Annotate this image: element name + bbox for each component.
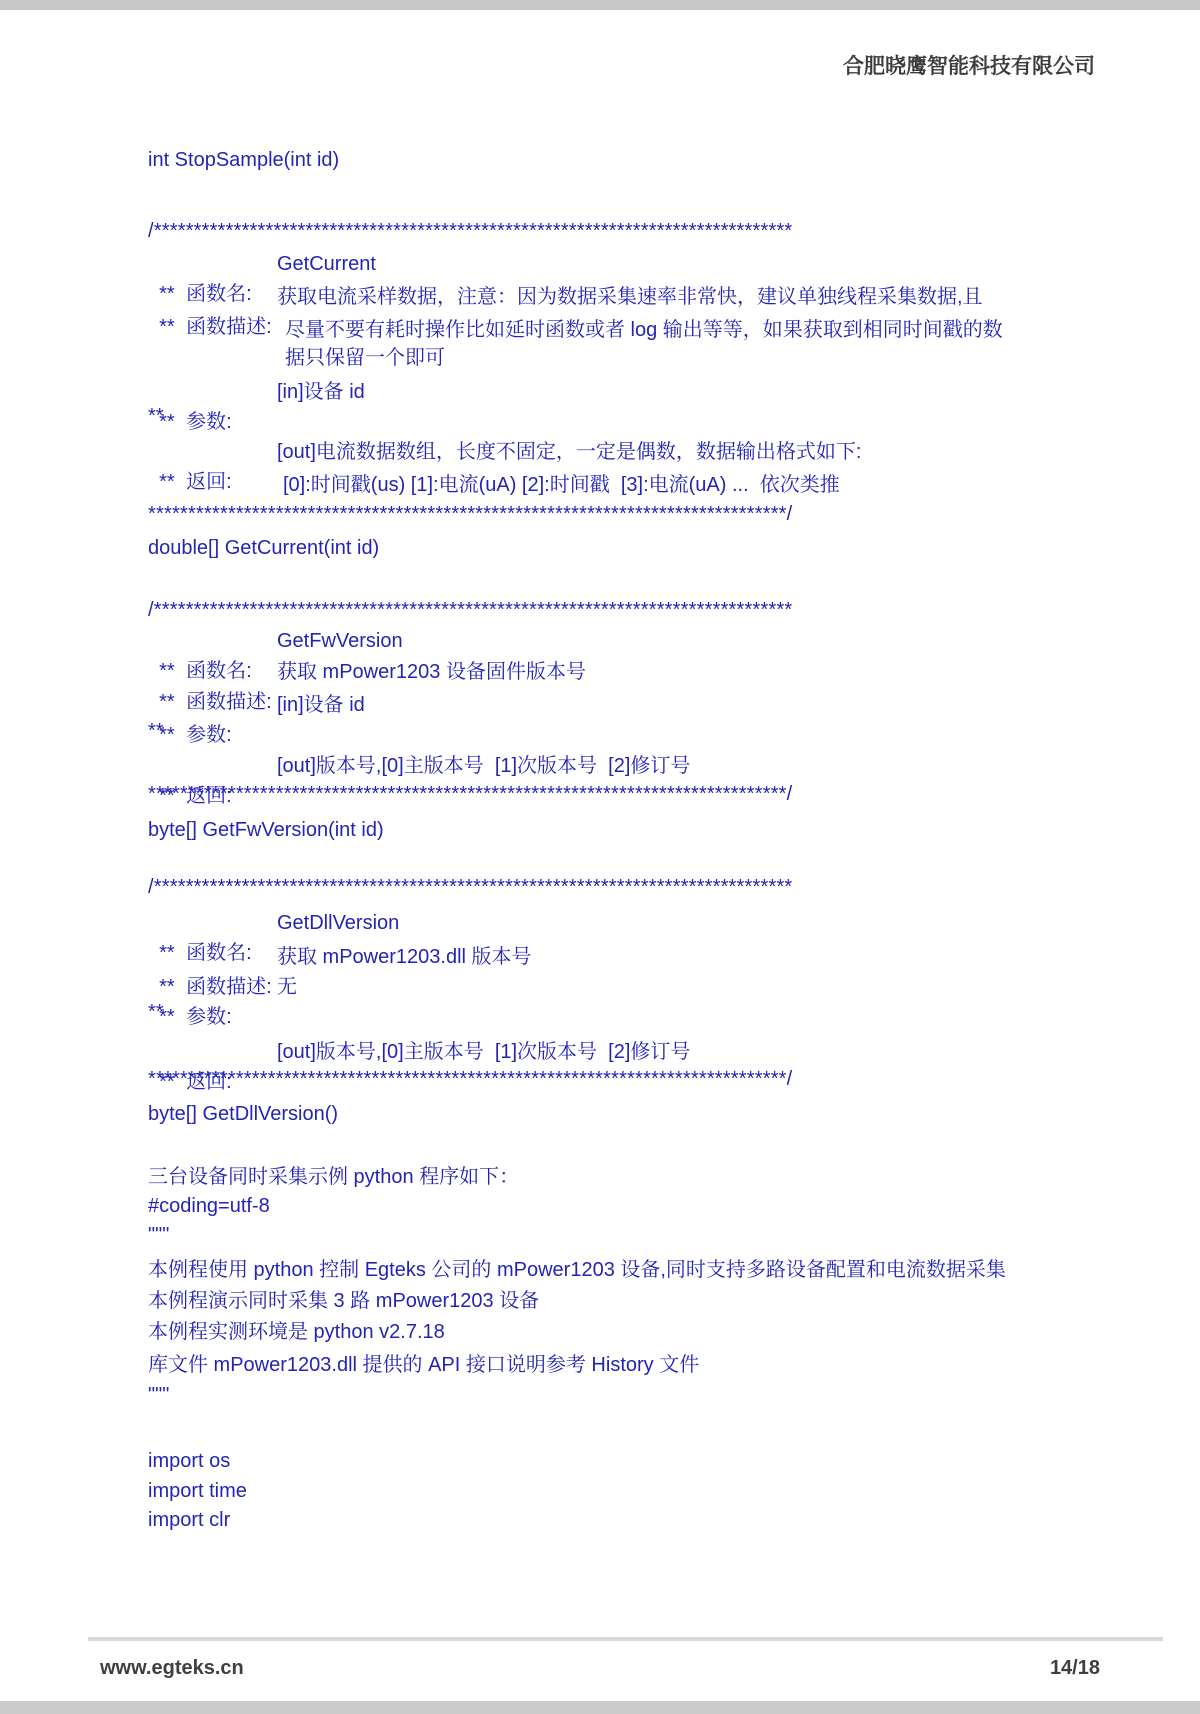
company-name: 合肥晓鹰智能科技有限公司 xyxy=(843,54,1095,80)
function-name: GetCurrent xyxy=(277,249,376,279)
function-desc-row: **函数描述: 获取电流采样数据，注意：因为数据采集速率非常快，建议单独线程采集… xyxy=(148,282,272,372)
code-signature-getfwversion: byte[] GetFwVersion(int id) xyxy=(148,815,384,845)
function-desc-continuation: 尽量不要有耗时操作比如延时函数或者 log 输出等等，如果获取到相同时间戳的数 xyxy=(285,315,1003,345)
document-page: { "header": { "company_name": "合肥晓鹰智能科技有… xyxy=(0,0,1200,1714)
comment-star-line: ** xyxy=(148,997,164,1027)
comment-open: /***************************************… xyxy=(148,216,792,246)
comment-star: ** xyxy=(159,467,186,497)
comment-open: /***************************************… xyxy=(148,872,792,902)
footer-divider xyxy=(88,1637,1163,1641)
example-coding-line: #coding=utf-8 xyxy=(148,1191,270,1221)
field-label: 参数: xyxy=(186,724,232,746)
footer-website: www.egteks.cn xyxy=(100,1654,244,1682)
comment-open: /***************************************… xyxy=(148,595,792,625)
bottom-gray-bar xyxy=(0,1701,1200,1714)
docstring-close: """ xyxy=(148,1380,169,1410)
example-doc-line: 本例程使用 python 控制 Egteks 公司的 mPower1203 设备… xyxy=(148,1255,1006,1285)
function-param: [in]设备 id xyxy=(277,690,365,720)
function-return: [out]版本号,[0]主版本号 [1]次版本号 [2]修订号 xyxy=(277,751,690,781)
comment-star: ** xyxy=(159,312,186,342)
function-name: GetDllVersion xyxy=(277,908,399,938)
field-label: 函数描述: xyxy=(186,316,272,338)
function-return-continuation: [0]:时间戳(us) [1]:电流(uA) [2]:时间戳 [3]:电流(uA… xyxy=(283,470,840,500)
field-label: 参数: xyxy=(186,1006,232,1028)
example-doc-line: 本例程演示同时采集 3 路 mPower1203 设备 xyxy=(148,1286,539,1316)
function-desc: 获取 mPower1203 设备固件版本号 xyxy=(277,657,586,687)
function-param: 无 xyxy=(277,972,297,1002)
comment-close: ****************************************… xyxy=(148,779,792,809)
docstring-open: """ xyxy=(148,1220,169,1250)
import-statement: import clr xyxy=(148,1505,230,1535)
example-doc-line: 本例程实测环境是 python v2.7.18 xyxy=(148,1317,445,1347)
example-intro: 三台设备同时采集示例 python 程序如下： xyxy=(148,1162,519,1192)
function-desc: 获取电流采样数据，注意：因为数据采集速率非常快，建议单独线程采集数据,且 xyxy=(277,282,983,312)
import-statement: import time xyxy=(148,1476,247,1506)
top-gray-bar xyxy=(0,0,1200,10)
code-signature-stopsample: int StopSample(int id) xyxy=(148,145,339,175)
function-desc-continuation: 据只保留一个即可 xyxy=(285,343,445,373)
code-signature-getcurrent: double[] GetCurrent(int id) xyxy=(148,533,379,563)
comment-close: ****************************************… xyxy=(148,1064,792,1094)
import-statement: import os xyxy=(148,1446,230,1476)
function-return: [out]版本号,[0]主版本号 [1]次版本号 [2]修订号 xyxy=(277,1037,690,1067)
function-param: [in]设备 id xyxy=(277,377,365,407)
comment-close: ****************************************… xyxy=(148,499,792,529)
footer-page-number: 14/18 xyxy=(1050,1654,1100,1682)
comment-star-line: ** xyxy=(148,716,164,746)
function-return: [out]电流数据数组，长度不固定，一定是偶数，数据输出格式如下: xyxy=(277,437,861,467)
function-name: GetFwVersion xyxy=(277,626,403,656)
function-desc: 获取 mPower1203.dll 版本号 xyxy=(277,942,532,972)
code-signature-getdllversion: byte[] GetDllVersion() xyxy=(148,1099,338,1129)
field-label: 返回: xyxy=(186,471,232,493)
example-doc-line: 库文件 mPower1203.dll 提供的 API 接口说明参考 Histor… xyxy=(148,1350,699,1380)
comment-star-line: ** xyxy=(148,401,164,431)
field-label: 参数: xyxy=(186,411,232,433)
